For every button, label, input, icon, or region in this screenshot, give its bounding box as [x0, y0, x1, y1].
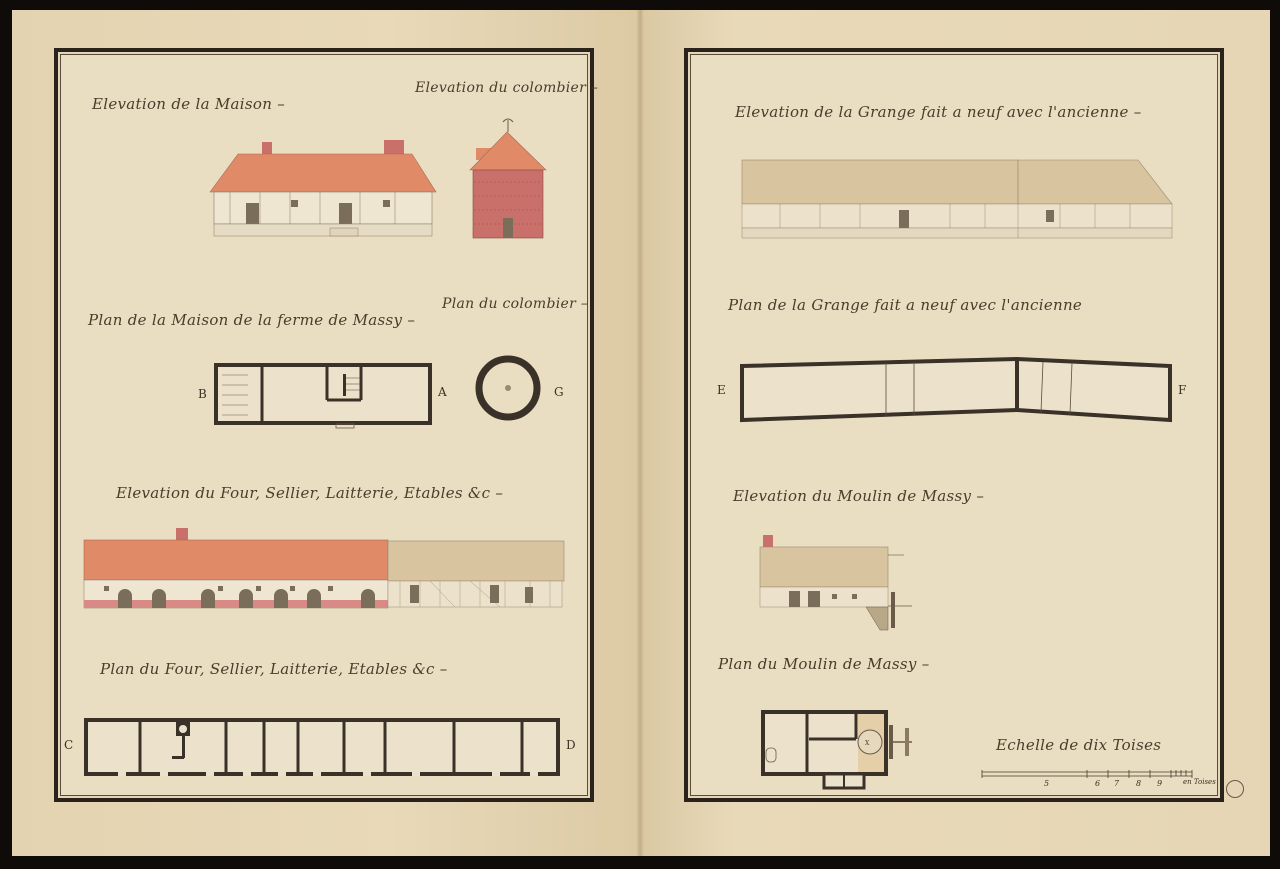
right-page-drawings: X — [0, 0, 1280, 869]
scale-tick-9: 9 — [1157, 779, 1162, 788]
scale-tick-6: 6 — [1095, 779, 1100, 788]
scale-tick-8: 8 — [1136, 779, 1141, 788]
svg-text:X: X — [865, 740, 870, 747]
scale-tick-7: 7 — [1114, 779, 1119, 788]
library-stamp-icon — [1226, 780, 1244, 798]
scale-unit-label: en Toises — [1183, 778, 1216, 786]
scale-tick-5: 5 — [1044, 779, 1049, 788]
scale-bar — [982, 770, 1192, 778]
